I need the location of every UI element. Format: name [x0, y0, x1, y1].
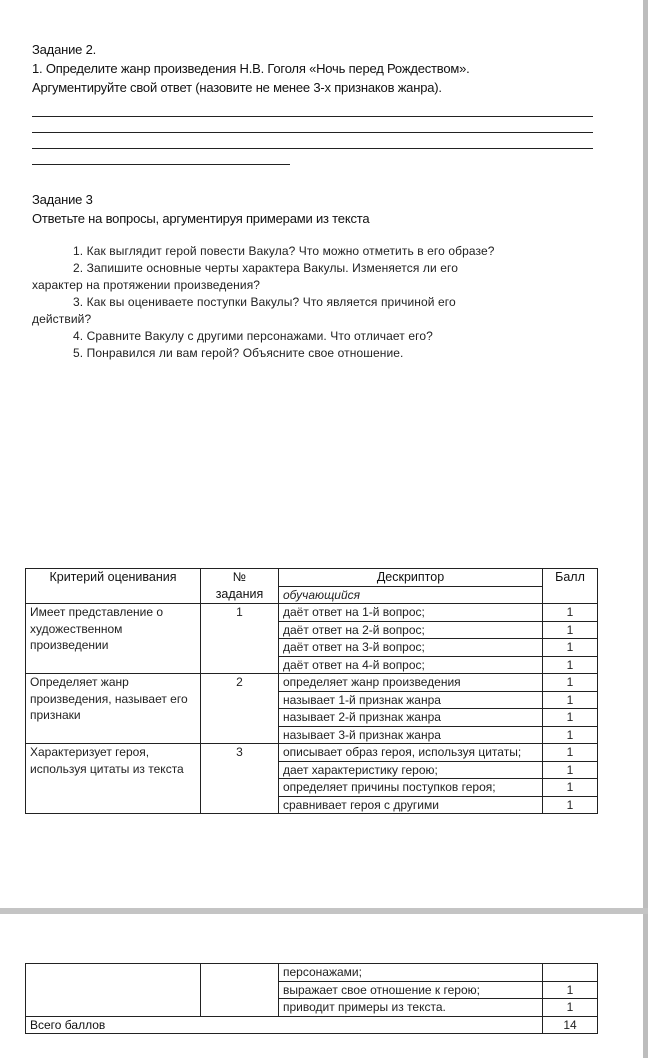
descriptor-cell: называет 1-й признак жанра [279, 691, 543, 709]
table-row: Характеризует героя, используя цитаты из… [26, 744, 598, 762]
criterion-cell-empty [26, 964, 201, 1017]
header-descriptor: Дескриптор [279, 569, 543, 587]
descriptor-cell: сравнивает героя с другими [279, 796, 543, 814]
rubric-table-continued: персонажами; выражает свое отношение к г… [25, 963, 598, 1034]
page-separator [0, 908, 648, 914]
score-cell: 1 [543, 744, 598, 762]
question-item-continued: действий? [32, 311, 602, 328]
task2-question-line1: 1. Определите жанр произведения Н.В. Гог… [32, 59, 602, 78]
question-item: 3. Как вы оцениваете поступки Вакулы? Чт… [32, 294, 602, 311]
criterion-cell: Имеет представление о художественном про… [26, 604, 201, 674]
question-item: 5. Понравился ли вам герой? Объясните св… [32, 345, 602, 362]
descriptor-cell: описывает образ героя, используя цитаты; [279, 744, 543, 762]
header-criterion-cont [26, 586, 201, 604]
task2-section: Задание 2. 1. Определите жанр произведен… [32, 40, 602, 165]
descriptor-cell: персонажами; [279, 964, 543, 982]
table-row: Имеет представление о художественном про… [26, 604, 598, 622]
score-cell: 1 [543, 796, 598, 814]
task-number-cell-empty [201, 964, 279, 1017]
scrollbar-track[interactable] [643, 0, 648, 1058]
table-header-row: Критерий оценивания № Дескриптор Балл [26, 569, 598, 587]
task3-subtitle: Ответьте на вопросы, аргументируя пример… [32, 209, 602, 228]
header-task-no-line1: № [233, 570, 246, 584]
score-cell: 1 [543, 674, 598, 692]
task2-question-line2: Аргументируйте свой ответ (назовите не м… [32, 78, 602, 97]
question-item: 2. Запишите основные черты характера Вак… [32, 260, 602, 277]
score-cell: 1 [543, 709, 598, 727]
answer-line [32, 132, 593, 133]
criterion-cell: Определяет жанр произведения, называет е… [26, 674, 201, 744]
criterion-cell: Характеризует героя, используя цитаты из… [26, 744, 201, 814]
task-number-cell: 3 [201, 744, 279, 814]
descriptor-cell: определяет причины поступков героя; [279, 779, 543, 797]
answer-line [32, 116, 593, 117]
descriptor-cell: даёт ответ на 4-й вопрос; [279, 656, 543, 674]
score-cell: 1 [543, 691, 598, 709]
header-criterion: Критерий оценивания [26, 569, 201, 587]
total-label: Всего баллов [26, 1016, 543, 1034]
table-row: Определяет жанр произведения, называет е… [26, 674, 598, 692]
question-item: 1. Как выглядит герой повести Вакула? Чт… [32, 243, 602, 260]
descriptor-cell: дает характеристику герою; [279, 761, 543, 779]
total-score: 14 [543, 1016, 598, 1034]
answer-line [32, 164, 290, 165]
score-cell: 1 [543, 639, 598, 657]
score-cell: 1 [543, 604, 598, 622]
total-row: Всего баллов 14 [26, 1016, 598, 1034]
header-score: Балл [543, 569, 598, 604]
score-cell: 1 [543, 761, 598, 779]
header-task-no-line2: задания [201, 586, 279, 604]
score-cell: 1 [543, 779, 598, 797]
question-item-continued: характер на протяжении произведения? [32, 277, 602, 294]
descriptor-cell: называет 2-й признак жанра [279, 709, 543, 727]
score-cell: 1 [543, 981, 598, 999]
score-cell [543, 964, 598, 982]
score-cell: 1 [543, 656, 598, 674]
task3-section: Задание 3 Ответьте на вопросы, аргументи… [32, 190, 602, 228]
table-header-row: задания обучающийся [26, 586, 598, 604]
rubric-table: Критерий оценивания № Дескриптор Балл за… [25, 568, 598, 814]
descriptor-cell: выражает свое отношение к герою; [279, 981, 543, 999]
header-descriptor-sub: обучающийся [279, 586, 543, 604]
score-cell: 1 [543, 999, 598, 1017]
descriptor-cell: даёт ответ на 3-й вопрос; [279, 639, 543, 657]
question-item: 4. Сравните Вакулу с другими персонажами… [32, 328, 602, 345]
task-number-cell: 1 [201, 604, 279, 674]
task-number-cell: 2 [201, 674, 279, 744]
task3-question-list: 1. Как выглядит герой повести Вакула? Чт… [32, 243, 602, 362]
descriptor-cell: даёт ответ на 2-й вопрос; [279, 621, 543, 639]
task2-title: Задание 2. [32, 40, 602, 59]
descriptor-cell: даёт ответ на 1-й вопрос; [279, 604, 543, 622]
task3-title: Задание 3 [32, 190, 602, 209]
score-cell: 1 [543, 621, 598, 639]
descriptor-cell: приводит примеры из текста. [279, 999, 543, 1017]
score-cell: 1 [543, 726, 598, 744]
table-row: персонажами; [26, 964, 598, 982]
answer-line [32, 148, 593, 149]
descriptor-cell: называет 3-й признак жанра [279, 726, 543, 744]
header-task-no: № [201, 569, 279, 587]
descriptor-cell: определяет жанр произведения [279, 674, 543, 692]
